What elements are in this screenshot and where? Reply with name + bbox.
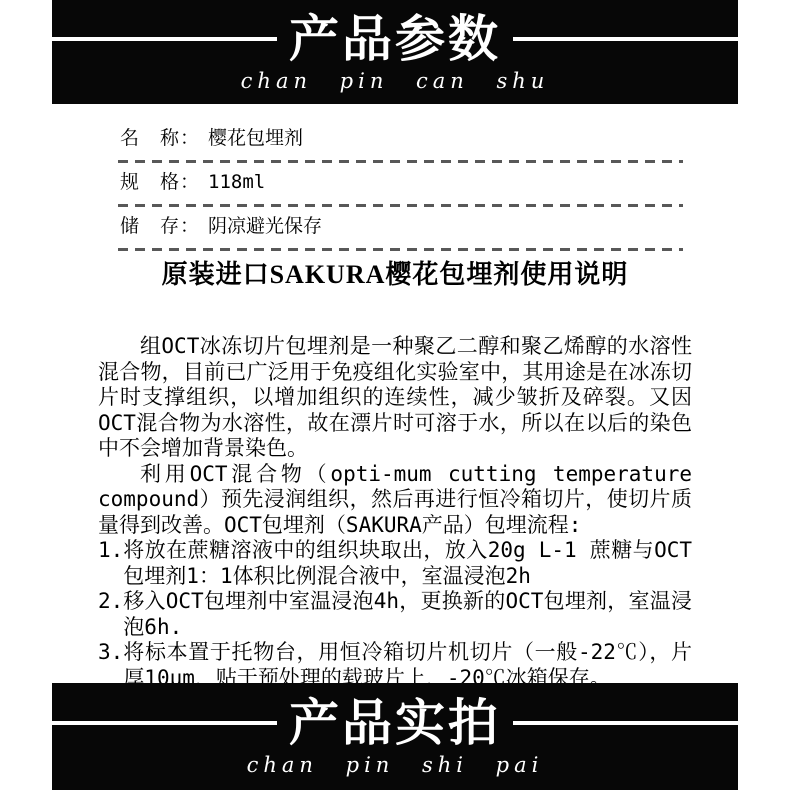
step-item-2: 2. 移入OCT包埋剂中室温浸泡4h，更换新的OCT包埋剂，室温浸泡6h. — [98, 589, 692, 640]
step-number: 1. — [98, 538, 123, 589]
decorative-line-left — [52, 37, 277, 41]
bottom-banner-pinyin: chan pin shi pai — [52, 753, 738, 777]
product-params-table: 名 称：樱花包埋剂 规 格：118ml 储 存：阴凉避光保存 — [118, 119, 683, 251]
param-value-name: 樱花包埋剂 — [208, 127, 303, 149]
param-row-storage: 储 存：阴凉避光保存 — [118, 207, 683, 248]
bottom-banner-title-row: 产品实拍 — [52, 696, 738, 750]
step-text: 将放在蔗糖溶液中的组织块取出，放入20g L-1 蔗糖与OCT包埋剂1：1体积比… — [123, 538, 692, 589]
step-number: 2. — [98, 589, 123, 640]
param-label-storage: 储 存： — [120, 215, 200, 237]
step-item-1: 1. 将放在蔗糖溶液中的组织块取出，放入20g L-1 蔗糖与OCT包埋剂1：1… — [98, 538, 692, 589]
paragraph-usage: 利用OCT混合物（opti-mum cutting temperature co… — [98, 462, 692, 539]
decorative-line-right — [513, 37, 738, 41]
decorative-line-left — [52, 721, 277, 725]
top-banner-product-params: 产品参数 chan pin can shu — [52, 0, 738, 104]
paragraph-intro: 组OCT冰冻切片包埋剂是一种聚乙二醇和聚乙烯醇的水溶性混合物，目前已广泛用于免疫… — [98, 334, 692, 462]
step-text: 移入OCT包埋剂中室温浸泡4h，更换新的OCT包埋剂，室温浸泡6h. — [123, 589, 692, 640]
param-label-spec: 规 格： — [120, 171, 200, 193]
decorative-line-right — [513, 721, 738, 725]
top-banner-title: 产品参数 — [289, 12, 501, 66]
top-banner-pinyin: chan pin can shu — [52, 69, 738, 93]
param-label-name: 名 称： — [120, 127, 200, 149]
param-row-name: 名 称：樱花包埋剂 — [118, 119, 683, 160]
param-value-storage: 阴凉避光保存 — [208, 215, 322, 237]
instructions-section: 原装进口SAKURA樱花包埋剂使用说明 组OCT冰冻切片包埋剂是一种聚乙二醇和聚… — [98, 258, 692, 691]
bottom-banner-title: 产品实拍 — [289, 696, 501, 750]
param-value-spec: 118ml — [208, 171, 265, 193]
dashed-divider — [118, 248, 683, 251]
instructions-heading: 原装进口SAKURA樱花包埋剂使用说明 — [98, 258, 692, 292]
top-banner-title-row: 产品参数 — [52, 12, 738, 66]
bottom-banner-product-photos: 产品实拍 chan pin shi pai — [52, 683, 738, 790]
instructions-body: 组OCT冰冻切片包埋剂是一种聚乙二醇和聚乙烯醇的水溶性混合物，目前已广泛用于免疫… — [98, 334, 692, 691]
param-row-spec: 规 格：118ml — [118, 163, 683, 204]
